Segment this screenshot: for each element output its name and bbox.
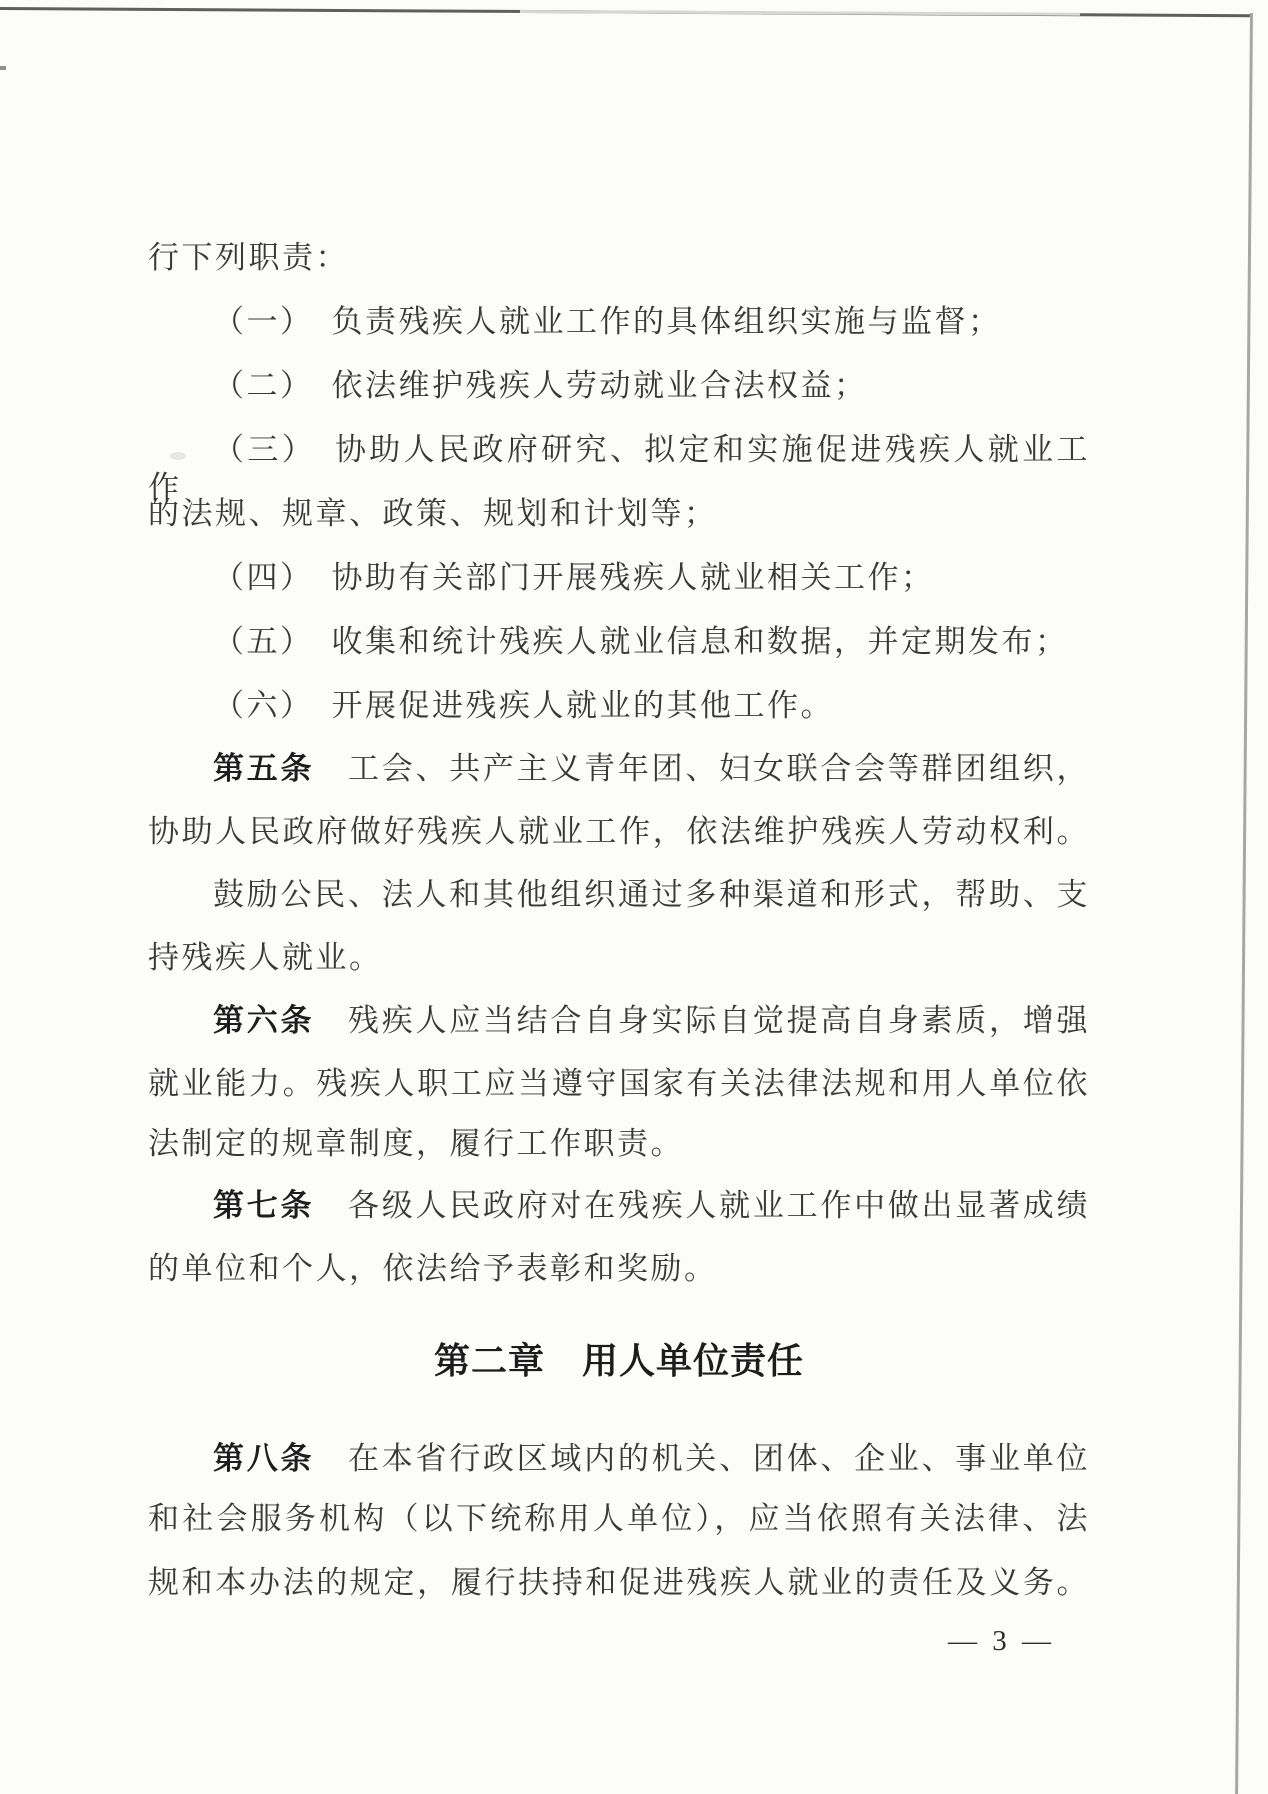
text-line: 第六条 残疾人应当结合自身实际自觉提高自身素质，增强 xyxy=(148,1002,1090,1040)
article-number: 第八条 xyxy=(213,1441,314,1476)
text-line: 和社会服务机构（以下统称用人单位），应当依照有关法律、法 xyxy=(148,1500,1090,1538)
scan-edge-right-line xyxy=(1235,13,1253,1794)
text-line: （一） 负责残疾人就业工作的具体组织实施与监督； xyxy=(148,303,1090,341)
line-text: （五） 收集和统计残疾人就业信息和数据，并定期发布； xyxy=(213,624,1069,659)
article-number: 第五条 xyxy=(213,751,314,786)
text-line: （二） 依法维护残疾人劳动就业合法权益； xyxy=(148,367,1090,405)
line-text: 法制定的规章制度，履行工作职责。 xyxy=(148,1126,684,1161)
line-text: （二） 依法维护残疾人劳动就业合法权益； xyxy=(213,368,868,403)
text-line: （三） 协助人民政府研究、拟定和实施促进残疾人就业工作 xyxy=(148,431,1090,469)
line-text: 的法规、规章、政策、规划和计划等； xyxy=(148,496,718,531)
text-line: （六） 开展促进残疾人就业的其他工作。 xyxy=(148,687,1090,725)
text-line: 第七条 各级人民政府对在残疾人就业工作中做出显著成绩 xyxy=(148,1187,1090,1225)
text-line: 法制定的规章制度，履行工作职责。 xyxy=(148,1125,1090,1163)
text-line: 就业能力。残疾人职工应当遵守国家有关法律法规和用人单位依 xyxy=(148,1065,1090,1103)
scan-left-edge-mark xyxy=(0,66,6,70)
line-text: （四） 协助有关部门开展残疾人就业相关工作； xyxy=(213,560,935,595)
text-line: 持残疾人就业。 xyxy=(148,939,1090,977)
line-text: （一） 负责残疾人就业工作的具体组织实施与监督； xyxy=(213,304,1002,339)
article-number: 第七条 xyxy=(213,1188,314,1223)
line-text: 行下列职责： xyxy=(148,240,349,275)
text-line: 协助人民政府做好残疾人就业工作，依法维护残疾人劳动权利。 xyxy=(148,813,1090,851)
text-line: 第五条 工会、共产主义青年团、妇女联合会等群团组织， xyxy=(148,750,1090,788)
text-line: 的法规、规章、政策、规划和计划等； xyxy=(148,495,1090,533)
article-number: 第六条 xyxy=(213,1003,314,1038)
text-line: （五） 收集和统计残疾人就业信息和数据，并定期发布； xyxy=(148,623,1090,661)
line-text: 残疾人应当结合自身实际自觉提高自身素质，增强 xyxy=(314,1003,1090,1038)
text-line: 规和本办法的规定，履行扶持和促进残疾人就业的责任及义务。 xyxy=(148,1564,1090,1602)
line-text: 在本省行政区域内的机关、团体、企业、事业单位 xyxy=(314,1441,1090,1476)
document-page: 行下列职责： （一） 负责残疾人就业工作的具体组织实施与监督； （二） 依法维护… xyxy=(0,0,1268,1794)
line-text: 工会、共产主义青年团、妇女联合会等群团组织， xyxy=(314,751,1090,786)
line-text: 的单位和个人，依法给予表彰和奖励。 xyxy=(148,1251,718,1286)
scan-edge-top-light-line xyxy=(520,10,1080,16)
text-line: 第八条 在本省行政区域内的机关、团体、企业、事业单位 xyxy=(148,1440,1090,1478)
line-text: 和社会服务机构（以下统称用人单位），应当依照有关法律、法 xyxy=(148,1501,1090,1536)
line-text: （六） 开展促进残疾人就业的其他工作。 xyxy=(213,688,834,723)
line-text: 鼓励公民、法人和其他组织通过多种渠道和形式，帮助、支 xyxy=(213,877,1090,912)
text-line: 行下列职责： xyxy=(148,239,1090,277)
chapter-heading: 第二章 用人单位责任 xyxy=(148,1339,1090,1383)
line-text: 持残疾人就业。 xyxy=(148,940,383,975)
text-line: （四） 协助有关部门开展残疾人就业相关工作； xyxy=(148,559,1090,597)
line-text: 协助人民政府做好残疾人就业工作，依法维护残疾人劳动权利。 xyxy=(148,814,1090,849)
line-text: 规和本办法的规定，履行扶持和促进残疾人就业的责任及义务。 xyxy=(148,1565,1090,1600)
text-line: 的单位和个人，依法给予表彰和奖励。 xyxy=(148,1250,1090,1288)
text-line: 鼓励公民、法人和其他组织通过多种渠道和形式，帮助、支 xyxy=(148,876,1090,914)
page-number: — 3 — xyxy=(948,1623,1055,1659)
line-text: 各级人民政府对在残疾人就业工作中做出显著成绩 xyxy=(314,1188,1090,1223)
line-text: 就业能力。残疾人职工应当遵守国家有关法律法规和用人单位依 xyxy=(148,1066,1090,1101)
